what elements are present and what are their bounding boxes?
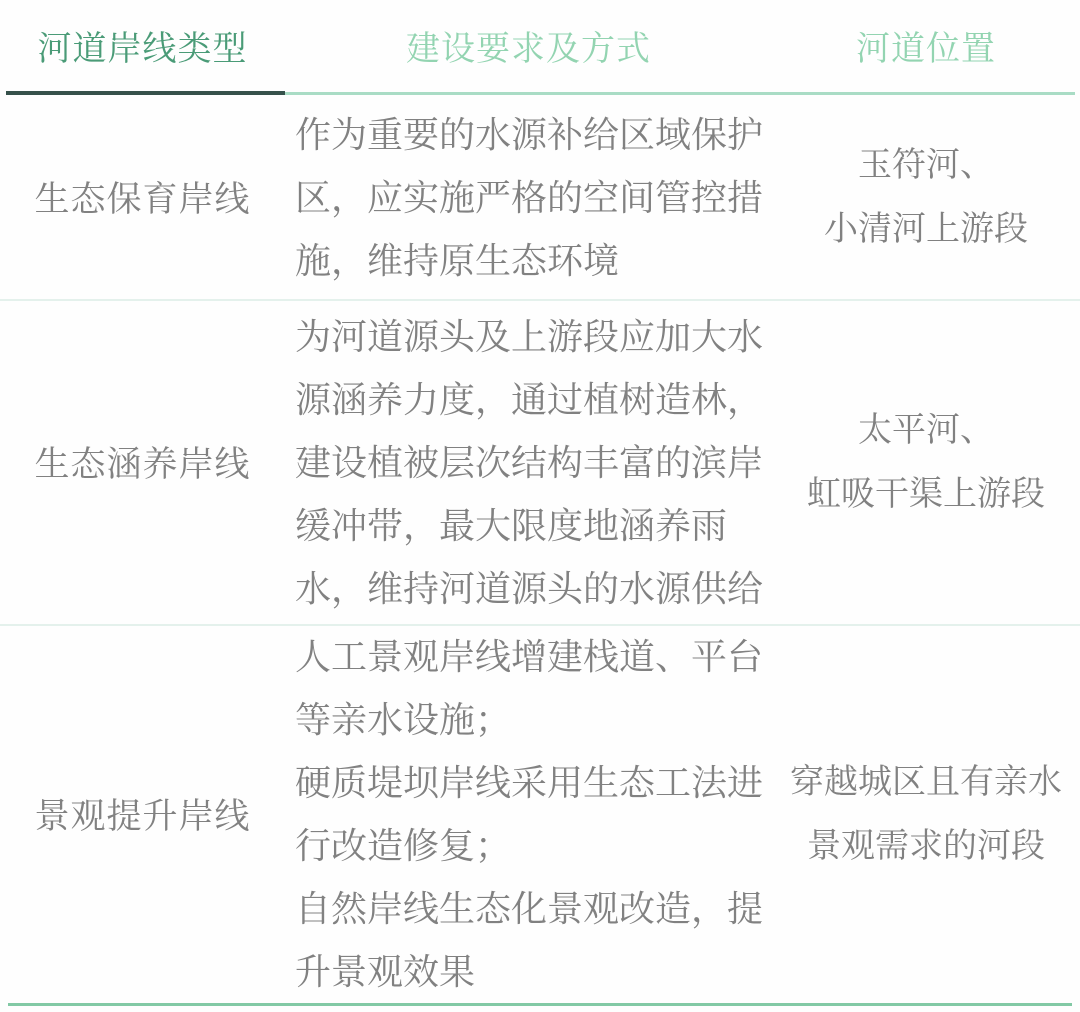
row1-type-cell: 生态保育岸线 bbox=[0, 172, 285, 222]
row1-requirements-cell: 作为重要的水源补给区域保护区，应实施严格的空间管控措施，维持原生态环境 bbox=[285, 103, 772, 292]
header-cell-location: 河道位置 bbox=[772, 21, 1080, 70]
row2-location-cell: 太平河、 虹吸干渠上游段 bbox=[772, 398, 1080, 526]
row3-location-cell: 穿越城区且有亲水 景观需求的河段 bbox=[772, 750, 1080, 878]
table-row-ecological-conservation: 生态保育岸线 作为重要的水源补给区域保护区，应实施严格的空间管控措施，维持原生态… bbox=[0, 96, 1080, 299]
header-cell-requirements: 建设要求及方式 bbox=[285, 21, 772, 70]
shoreline-table: 河道岸线类型 建设要求及方式 河道位置 生态保育岸线 作为重要的水源补给区域保护… bbox=[0, 0, 1080, 1012]
table-header-row: 河道岸线类型 建设要求及方式 河道位置 bbox=[0, 0, 1080, 91]
row1-location-cell: 玉符河、 小清河上游段 bbox=[772, 133, 1080, 261]
header-underline-light-segment bbox=[285, 92, 1075, 95]
row2-type-cell: 生态涵养岸线 bbox=[0, 437, 285, 487]
row3-type-cell: 景观提升岸线 bbox=[0, 789, 285, 839]
table-row-landscape-enhancement: 景观提升岸线 人工景观岸线增建栈道、平台等亲水设施； 硬质堤坝岸线采用生态工法进… bbox=[0, 626, 1080, 1003]
row2-requirements-cell: 为河道源头及上游段应加大水源涵养力度，通过植树造林，建设植被层次结构丰富的滨岸缓… bbox=[285, 305, 772, 620]
table-row-ecological-cultivation: 生态涵养岸线 为河道源头及上游段应加大水源涵养力度，通过植树造林，建设植被层次结… bbox=[0, 301, 1080, 624]
header-underline-dark-segment bbox=[6, 91, 285, 95]
shoreline-table-page: 河道岸线类型 建设要求及方式 河道位置 生态保育岸线 作为重要的水源补给区域保护… bbox=[0, 0, 1080, 1012]
header-cell-shoreline-type: 河道岸线类型 bbox=[0, 21, 285, 70]
bottom-padding bbox=[0, 1006, 1080, 1012]
row3-requirements-cell: 人工景观岸线增建栈道、平台等亲水设施； 硬质堤坝岸线采用生态工法进行改造修复； … bbox=[285, 625, 772, 1003]
